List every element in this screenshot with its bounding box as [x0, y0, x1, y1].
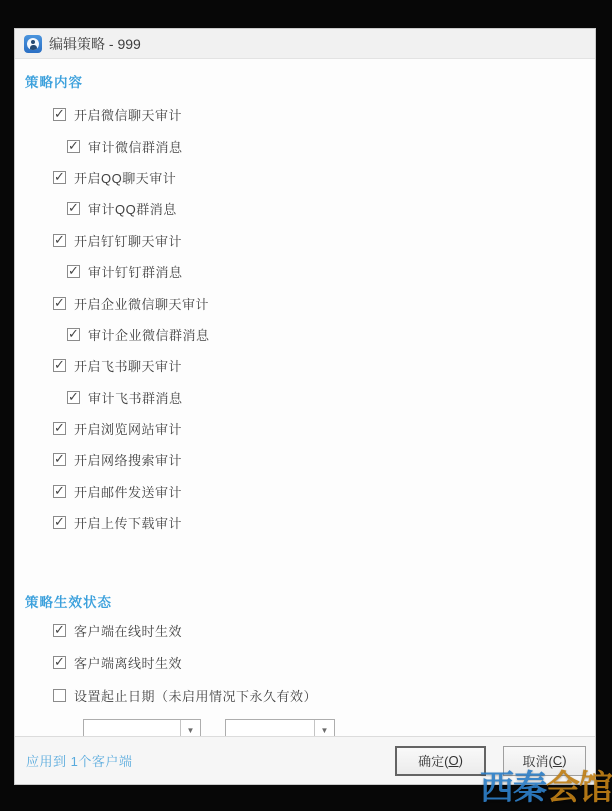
checkbox-label: 开启邮件发送审计	[74, 482, 182, 501]
checkbox[interactable]	[67, 202, 80, 215]
watermark-left: 西秦	[480, 769, 546, 807]
checkbox-label: 开启企业微信聊天审计	[74, 294, 209, 313]
checkbox[interactable]	[53, 516, 66, 529]
policy-row-qq-group[interactable]: 审计QQ群消息	[67, 193, 595, 224]
app-icon	[24, 35, 42, 53]
checkbox[interactable]	[53, 689, 66, 702]
section-title-policy-status: 策略生效状态	[25, 591, 112, 611]
status-row-offline[interactable]: 客户端离线时生效	[53, 647, 595, 680]
policy-row-dingtalk-chat[interactable]: 开启钉钉聊天审计	[53, 225, 595, 256]
watermark: 西秦会馆	[480, 760, 612, 809]
edit-policy-dialog: 编辑策略 - 999 策略内容 开启微信聊天审计 审计微信群消息 开启QQ聊天审…	[14, 28, 596, 785]
policy-row-wechat-group[interactable]: 审计微信群消息	[67, 130, 595, 161]
checkbox-label: 审计QQ群消息	[88, 199, 177, 218]
ok-button-text: 确定(	[418, 751, 448, 770]
checkbox[interactable]	[53, 485, 66, 498]
checkbox-label: 开启浏览网站审计	[74, 419, 182, 438]
policy-row-qq-chat[interactable]: 开启QQ聊天审计	[53, 162, 595, 193]
status-options-list: 客户端在线时生效 客户端离线时生效 设置起止日期（未启用情况下永久有效）	[15, 614, 595, 712]
checkbox-label: 开启上传下载审计	[74, 513, 182, 532]
checkbox[interactable]	[67, 265, 80, 278]
ok-button[interactable]: 确定(O)	[395, 746, 486, 776]
checkbox[interactable]	[53, 234, 66, 247]
checkbox[interactable]	[53, 656, 66, 669]
checkbox[interactable]	[53, 624, 66, 637]
checkbox-label: 开启网络搜索审计	[74, 450, 182, 469]
checkbox[interactable]	[53, 453, 66, 466]
checkbox-label: 开启QQ聊天审计	[74, 168, 176, 187]
section-title-policy-content: 策略内容	[25, 71, 83, 91]
policy-row-email-send[interactable]: 开启邮件发送审计	[53, 476, 595, 507]
policy-row-wechat-chat[interactable]: 开启微信聊天审计	[53, 99, 595, 130]
policy-row-feishu-group[interactable]: 审计飞书群消息	[67, 382, 595, 413]
checkbox[interactable]	[53, 297, 66, 310]
apply-to-clients-link[interactable]: 应用到 1个客户端	[26, 751, 132, 770]
checkbox[interactable]	[53, 108, 66, 121]
status-row-online[interactable]: 客户端在线时生效	[53, 614, 595, 647]
dialog-title: 编辑策略 - 999	[49, 34, 141, 54]
checkbox[interactable]	[53, 359, 66, 372]
checkbox-label: 开启微信聊天审计	[74, 105, 182, 124]
watermark-right: 会馆	[546, 769, 612, 807]
checkbox[interactable]	[67, 328, 80, 341]
ok-button-mnemonic: O	[448, 753, 458, 768]
policy-row-wecom-chat[interactable]: 开启企业微信聊天审计	[53, 287, 595, 318]
checkbox-label: 审计飞书群消息	[88, 388, 183, 407]
status-row-date-range[interactable]: 设置起止日期（未启用情况下永久有效）	[53, 679, 595, 712]
checkbox[interactable]	[67, 140, 80, 153]
policy-row-web-search[interactable]: 开启网络搜索审计	[53, 444, 595, 475]
checkbox-label: 客户端在线时生效	[74, 621, 182, 640]
policy-row-web-browse[interactable]: 开启浏览网站审计	[53, 413, 595, 444]
checkbox[interactable]	[53, 422, 66, 435]
policy-row-wecom-group[interactable]: 审计企业微信群消息	[67, 319, 595, 350]
policy-options-list: 开启微信聊天审计 审计微信群消息 开启QQ聊天审计 审计QQ群消息 开启钉钉聊天…	[15, 99, 595, 538]
checkbox[interactable]	[67, 391, 80, 404]
checkbox-label: 审计企业微信群消息	[88, 325, 210, 344]
title-bar: 编辑策略 - 999	[15, 29, 595, 59]
policy-row-upload-download[interactable]: 开启上传下载审计	[53, 507, 595, 538]
ok-button-text-end: )	[459, 753, 463, 768]
checkbox-label: 设置起止日期（未启用情况下永久有效）	[74, 686, 317, 705]
checkbox-label: 开启飞书聊天审计	[74, 356, 182, 375]
policy-row-feishu-chat[interactable]: 开启飞书聊天审计	[53, 350, 595, 381]
checkbox-label: 开启钉钉聊天审计	[74, 231, 182, 250]
checkbox[interactable]	[53, 171, 66, 184]
checkbox-label: 审计钉钉群消息	[88, 262, 183, 281]
checkbox-label: 审计微信群消息	[88, 137, 183, 156]
checkbox-label: 客户端离线时生效	[74, 653, 182, 672]
policy-row-dingtalk-group[interactable]: 审计钉钉群消息	[67, 256, 595, 287]
